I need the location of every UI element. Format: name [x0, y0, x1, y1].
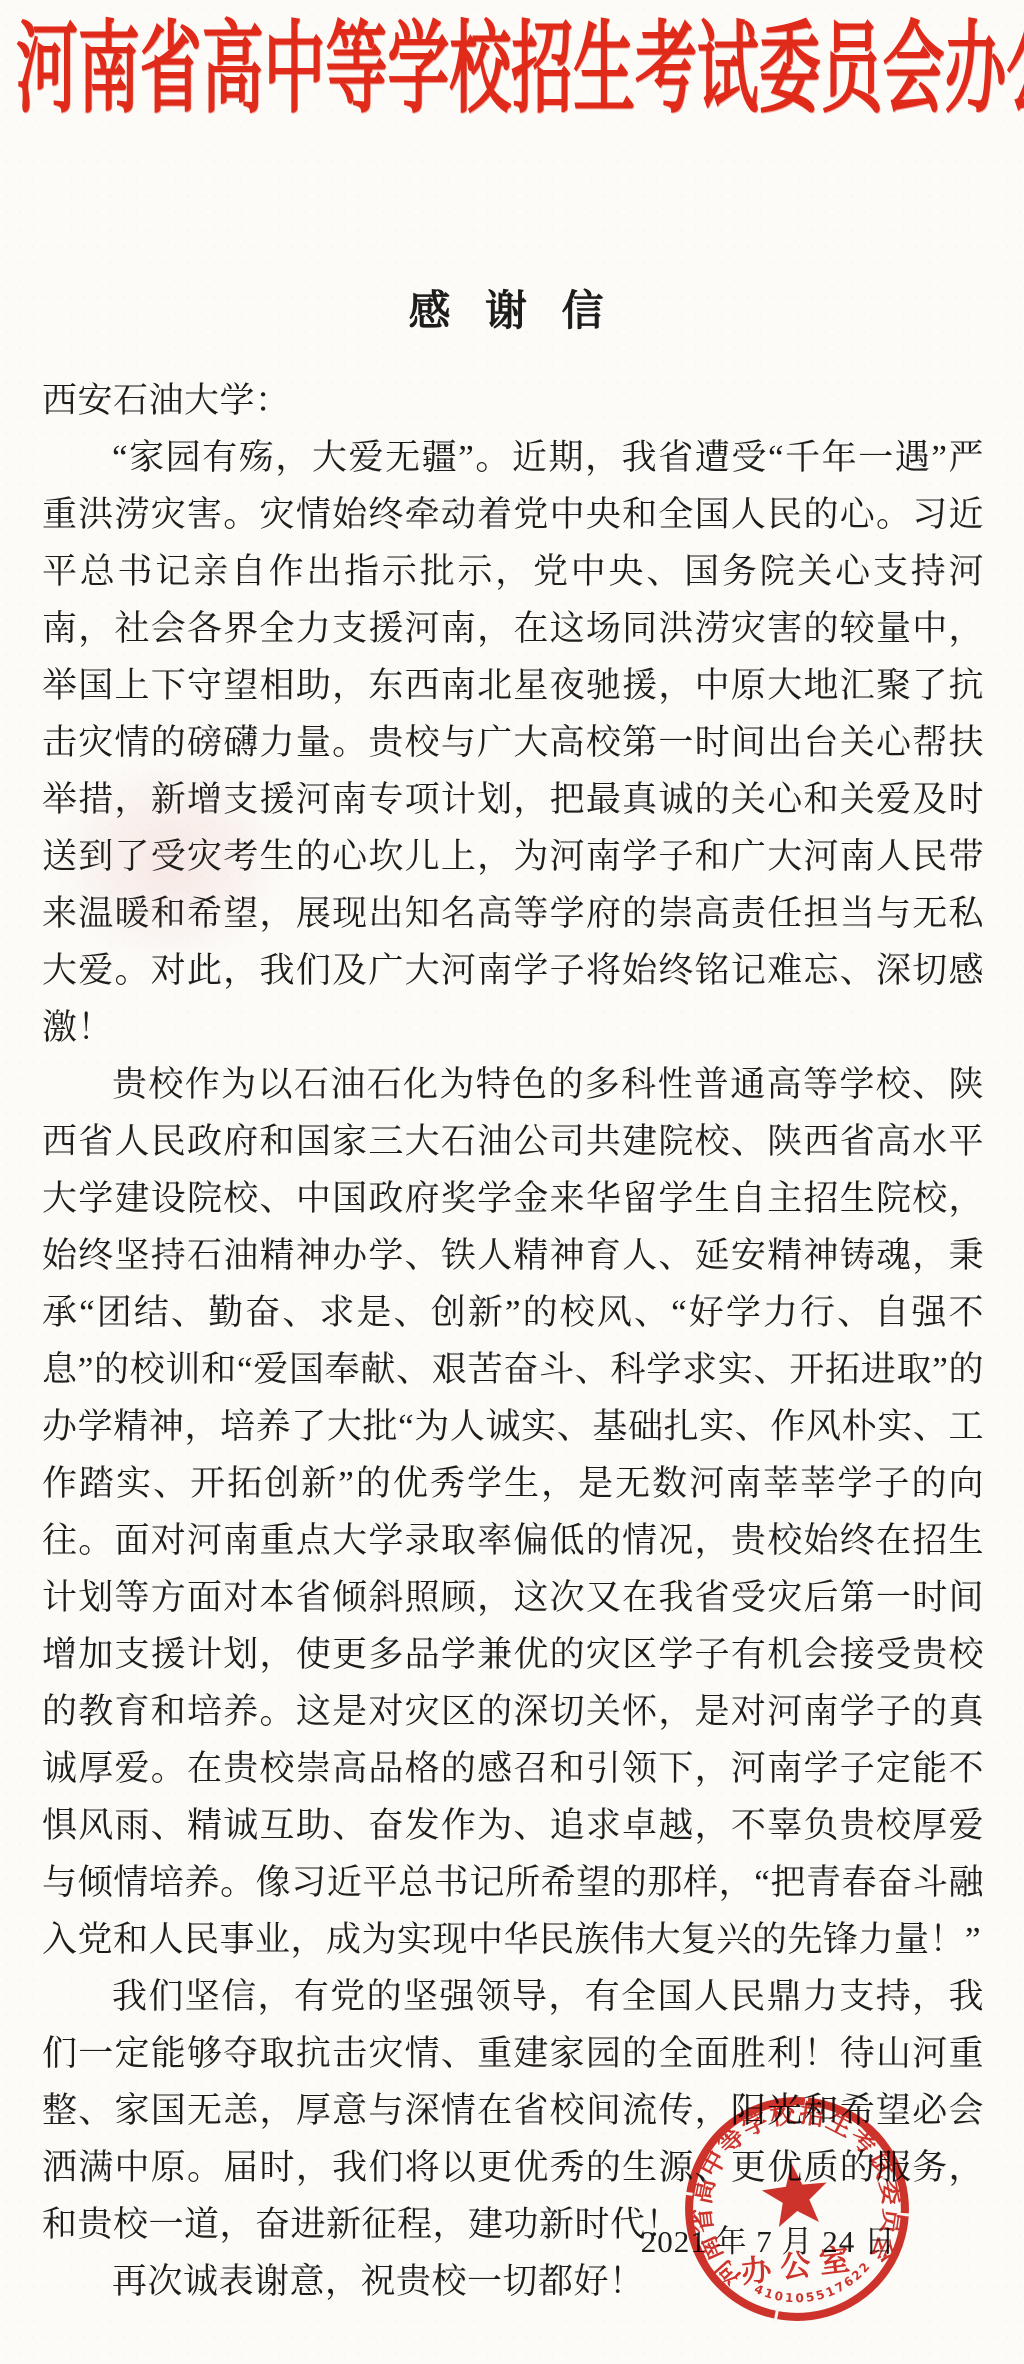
letter-title: 感 谢 信: [0, 278, 1024, 338]
red-star-icon: [759, 2159, 831, 2228]
letter-body: 西安石油大学： “家园有殇，大爱无疆”。近期，我省遭受“千年一遇”严重洪涝灾害。…: [42, 372, 984, 2310]
paragraph-1: “家园有殇，大爱无疆”。近期，我省遭受“千年一遇”严重洪涝灾害。灾情始终牵动着党…: [42, 429, 984, 1056]
letter-page: 河南省高中等学校招生考试委员会办公室 感 谢 信 西安石油大学： “家园有殇，大…: [0, 0, 1024, 2364]
paragraph-2: 贵校作为以石油石化为特色的多科性普通高等学校、陕西省人民政府和国家三大石油公司共…: [42, 1056, 984, 1968]
salutation: 西安石油大学：: [42, 372, 984, 429]
official-seal: 河南省高中等学校招生考试委员会 办公室 4101055176220: [662, 2074, 932, 2344]
org-header-title: 河南省高中等学校招生考试委员会办公室: [16, 14, 1006, 126]
